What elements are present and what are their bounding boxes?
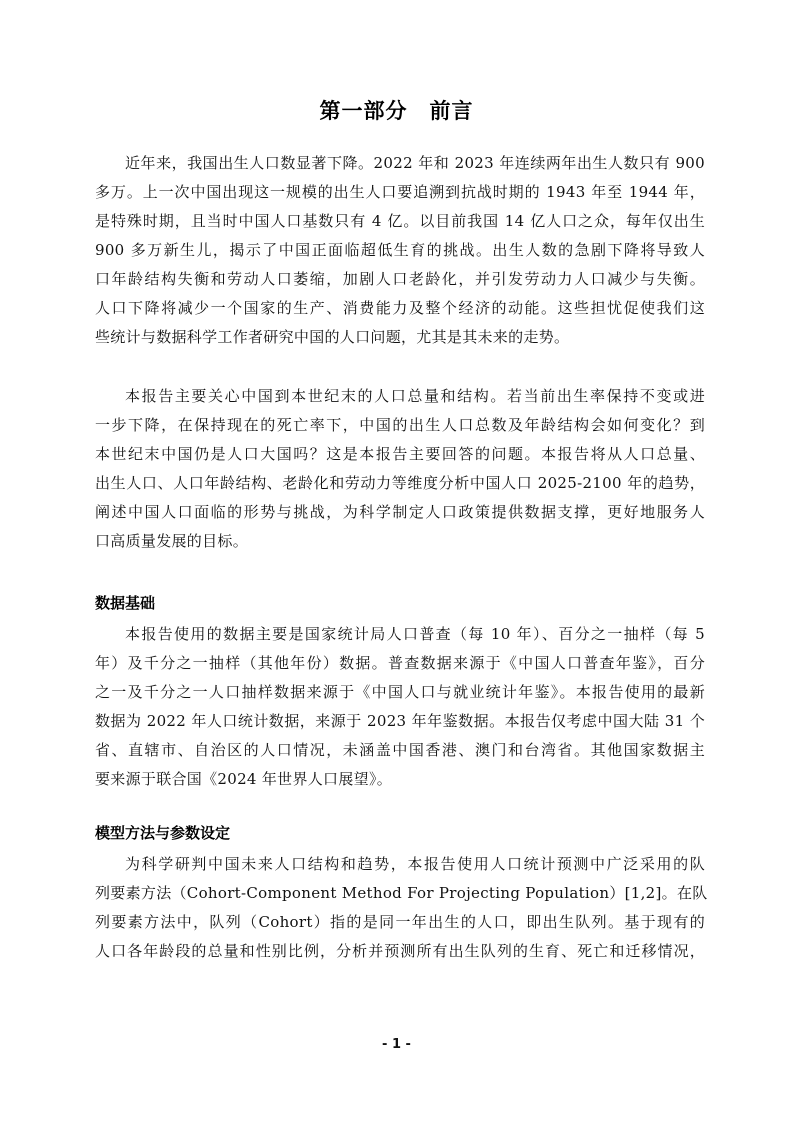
paragraph-line: 人口下降将减少一个国家的生产、消费能力及整个经济的动能。这些担忧促使我们这	[95, 294, 705, 323]
paragraph-scope: 本报告主要关心中国到本世纪末的人口总量和结构。若当前出生率保持不变或进 一步下降…	[95, 382, 705, 556]
paragraph-line: 阐述中国人口面临的形势与挑战，为科学制定人口政策提供数据支撑，更好地服务人	[95, 498, 705, 527]
section-heading-data: 数据基础	[95, 592, 155, 614]
paragraph-line: 年）及千分之一抽样（其他年份）数据。普查数据来源于《中国人口普查年鉴》，百分	[95, 649, 705, 678]
paragraph-line: 900 多万新生儿，揭示了中国正面临超低生育的挑战。出生人数的急剧下降将导致人	[95, 236, 705, 265]
paragraph-line: 要来源于联合国《2024 年世界人口展望》。	[95, 765, 705, 794]
paragraph-line: 之一及千分之一人口抽样数据来源于《中国人口与就业统计年鉴》。本报告使用的最新	[95, 678, 705, 707]
paragraph-line: 近年来，我国出生人口数显著下降。2022 年和 2023 年连续两年出生人数只有…	[95, 149, 705, 178]
section-heading-model: 模型方法与参数设定	[95, 822, 230, 844]
title-name: 前言	[430, 99, 474, 123]
document-page: 第一部分前言 近年来，我国出生人口数显著下降。2022 年和 2023 年连续两…	[0, 0, 793, 1122]
paragraph-line: 多万。上一次中国出现这一规模的出生人口要追溯到抗战时期的 1943 年至 194…	[95, 178, 705, 207]
paragraph-line: 列要素方法中，队列（Cohort）指的是同一年出生的人口，即出生队列。基于现有的	[95, 908, 705, 937]
paragraph-line: 本报告主要关心中国到本世纪末的人口总量和结构。若当前出生率保持不变或进	[95, 382, 705, 411]
paragraph-line: 为科学研判中国未来人口结构和趋势，本报告使用人口统计预测中广泛采用的队	[95, 850, 705, 879]
paragraph-line: 一步下降，在保持现在的死亡率下，中国的出生人口总数及年龄结构会如何变化？到	[95, 411, 705, 440]
paragraph-line: 数据为 2022 年人口统计数据，来源于 2023 年年鉴数据。本报告仅考虑中国…	[95, 707, 705, 736]
paragraph-line: 是特殊时期，且当时中国人口基数只有 4 亿。以目前我国 14 亿人口之众，每年仅…	[95, 207, 705, 236]
paragraph-line: 人口各年龄段的总量和性别比例，分析并预测所有出生队列的生育、死亡和迁移情况，	[95, 937, 705, 966]
paragraph-line: 本世纪末中国仍是人口大国吗？这是本报告主要回答的问题。本报告将从人口总量、	[95, 440, 705, 469]
paragraph-line: 省、直辖市、自治区的人口情况，未涵盖中国香港、澳门和台湾省。其他国家数据主	[95, 736, 705, 765]
page-number: - 1 -	[0, 1037, 793, 1052]
page-title: 第一部分前言	[0, 96, 793, 126]
paragraph-line: 出生人口、人口年龄结构、老龄化和劳动力等维度分析中国人口 2025-2100 年…	[95, 469, 705, 498]
paragraph-line: 列要素方法（Cohort-Component Method For Projec…	[95, 879, 705, 908]
paragraph-model: 为科学研判中国未来人口结构和趋势，本报告使用人口统计预测中广泛采用的队 列要素方…	[95, 850, 705, 966]
paragraph-line: 口年龄结构失衡和劳动人口萎缩，加剧人口老龄化，并引发劳动力人口减少与失衡。	[95, 265, 705, 294]
title-part: 第一部分	[320, 99, 408, 123]
paragraph-line: 些统计与数据科学工作者研究中国的人口问题，尤其是其未来的走势。	[95, 323, 705, 352]
paragraph-intro: 近年来，我国出生人口数显著下降。2022 年和 2023 年连续两年出生人数只有…	[95, 149, 705, 352]
paragraph-line: 本报告使用的数据主要是国家统计局人口普查（每 10 年）、百分之一抽样（每 5	[95, 620, 705, 649]
paragraph-line: 口高质量发展的目标。	[95, 527, 705, 556]
paragraph-data: 本报告使用的数据主要是国家统计局人口普查（每 10 年）、百分之一抽样（每 5 …	[95, 620, 705, 794]
